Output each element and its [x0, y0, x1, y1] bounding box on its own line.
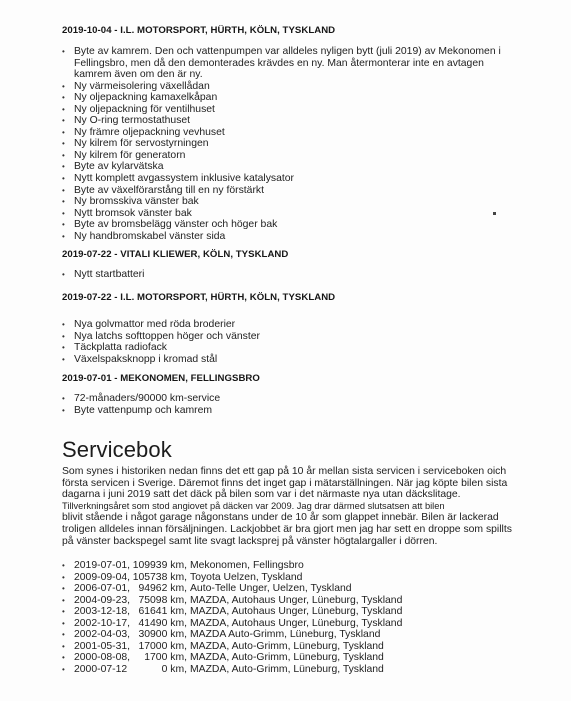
paragraph-line: blivit stående i något garage någonstans…	[62, 512, 532, 524]
service-entry: 2019-07-01,109939 km,Mekonomen, Fellings…	[62, 560, 402, 572]
list-item-text: Ny handbromskabel vänster sida	[74, 231, 501, 243]
list-item-text: Fellingsbro, men då den demonterades krä…	[74, 58, 501, 70]
service-mileage: 105738 km,	[132, 572, 187, 584]
section-heading: 2019-07-22 - VITALI KLIEWER, KÖLN, TYSKL…	[62, 249, 288, 260]
service-date: 2000-07-12	[74, 664, 132, 676]
section-heading: 2019-07-22 - I.L. MOTORSPORT, HÜRTH, KÖL…	[62, 292, 335, 303]
list-item-text: Byte av växelförarstång till en ny först…	[74, 185, 501, 197]
list-item-text: Byte vattenpump och kamrem	[74, 405, 220, 417]
list-item: Ny kilrem för servostyrningen	[62, 138, 501, 150]
service-history-list: 2019-07-01,109939 km,Mekonomen, Fellings…	[62, 560, 402, 675]
service-date: 2019-07-01,	[74, 560, 132, 572]
service-entry: 2000-08-08,1700 km,MAZDA, Auto-Grimm, Lü…	[62, 652, 402, 664]
list-item-text: Ny kilrem för generatorn	[74, 150, 501, 162]
list-item-text: Byte av kylarvätska	[74, 161, 501, 173]
service-place: Toyota Uelzen, Tyskland	[190, 572, 302, 583]
service-mileage: 94962 km,	[132, 583, 187, 595]
list-item-text: kamrem även om den är ny.	[74, 69, 501, 81]
list-item-text: Ny bromsskiva vänster bak	[74, 196, 501, 208]
list-item: Ny värmeisolering växellådan	[62, 81, 501, 93]
paragraph-line: Som synes i historiken nedan finns det e…	[62, 466, 532, 478]
service-mileage: 41490 km,	[132, 618, 187, 630]
list-item-text: Nya latchs softtoppen höger och vänster	[74, 331, 260, 343]
list-item-text: Nytt komplett avgassystem inklusive kata…	[74, 173, 501, 185]
list-item-text: Nytt startbatteri	[74, 269, 144, 281]
list-item-text: Nytt bromsok vänster bak	[74, 208, 501, 220]
section-heading: 2019-07-01 - MEKONOMEN, FELLINGSBRO	[62, 373, 260, 384]
list-item-text: Växelspaksknopp i kromad stål	[74, 354, 260, 366]
list-item-text: Ny värmeisolering växellådan	[74, 81, 501, 93]
service-date: 2004-09-23,	[74, 595, 132, 607]
list-item: Nytt bromsok vänster bak	[62, 208, 501, 220]
servicebok-paragraph: Som synes i historiken nedan finns det e…	[62, 466, 532, 547]
list-item: Nya golvmattor med röda broderier	[62, 319, 260, 331]
paragraph-line: på vänster backspegel samt lite svagt la…	[62, 536, 532, 548]
list-item: Ny kilrem för generatorn	[62, 150, 501, 162]
paragraph-line: dagarna i juni 2019 satt det däck på bil…	[62, 489, 532, 501]
work-list: Byte av kamrem. Den och vattenpumpen var…	[62, 46, 501, 242]
list-item: Ny främre oljepackning vevhuset	[62, 127, 501, 139]
list-item-text: Ny kilrem för servostyrningen	[74, 138, 501, 150]
service-place: MAZDA, Auto-Grimm, Lüneburg, Tyskland	[190, 664, 384, 675]
service-place: MAZDA, Autohaus Unger, Lüneburg, Tysklan…	[190, 606, 402, 617]
service-mileage: 0 km,	[132, 664, 187, 676]
service-mileage: 75098 km,	[132, 595, 187, 607]
service-place: MAZDA, Autohaus Unger, Lüneburg, Tysklan…	[190, 618, 402, 629]
service-entry: 2003-12-18,61641 km,MAZDA, Autohaus Unge…	[62, 606, 402, 618]
service-place: MAZDA Auto-Grimm, Lüneburg, Tyskland	[190, 629, 380, 640]
paragraph-line: första servicen i Sverige. Däremot finns…	[62, 478, 532, 490]
service-mileage: 1700 km,	[132, 652, 187, 664]
servicebok-title: Servicebok	[62, 437, 172, 463]
work-list: 72-månaders/90000 km-serviceByte vattenp…	[62, 393, 220, 416]
service-date: 2006-07-01,	[74, 583, 132, 595]
list-item: Byte av kylarvätska	[62, 161, 501, 173]
service-date: 2001-05-31,	[74, 641, 132, 653]
list-item: Byte vattenpump och kamrem	[62, 405, 220, 417]
service-mileage: 61641 km,	[132, 606, 187, 618]
service-place: MAZDA, Auto-Grimm, Lüneburg, Tyskland	[190, 641, 384, 652]
service-entry: 2002-04-03,30900 km,MAZDA Auto-Grimm, Lü…	[62, 629, 402, 641]
service-place: MAZDA, Auto-Grimm, Lüneburg, Tyskland	[190, 652, 384, 663]
service-date: 2000-08-08,	[74, 652, 132, 664]
list-item: Nytt startbatteri	[62, 269, 144, 281]
document-page: 2019-10-04 - I.L. MOTORSPORT, HÜRTH, KÖL…	[0, 0, 571, 701]
list-item: Ny bromsskiva vänster bak	[62, 196, 501, 208]
paragraph-line: troligen alldeles innan försäljningen. L…	[62, 524, 532, 536]
list-item-text: Ny främre oljepackning vevhuset	[74, 127, 501, 139]
service-mileage: 109939 km,	[132, 560, 187, 572]
service-date: 2002-04-03,	[74, 629, 132, 641]
paragraph-line: Tillverkningsåret som stod angiovet på d…	[62, 501, 532, 513]
list-item: Ny handbromskabel vänster sida	[62, 231, 501, 243]
list-item: Byte av kamrem. Den och vattenpumpen var…	[62, 46, 501, 81]
service-place: Mekonomen, Fellingsbro	[190, 560, 304, 571]
work-list: Nya golvmattor med röda broderierNya lat…	[62, 319, 260, 365]
list-item: Ny O-ring termostathuset	[62, 115, 501, 127]
service-place: Auto-Telle Unger, Uelzen, Tyskland	[190, 583, 352, 594]
list-item-text: Ny O-ring termostathuset	[74, 115, 501, 127]
list-item-text: Täckplatta radiofack	[74, 342, 260, 354]
list-item-text: Byte av bromsbelägg vänster och höger ba…	[74, 219, 501, 231]
service-entry: 2009-09-04,105738 km,Toyota Uelzen, Tysk…	[62, 572, 402, 584]
service-entry: 2001-05-31,17000 km,MAZDA, Auto-Grimm, L…	[62, 641, 402, 653]
list-item-text: Nya golvmattor med röda broderier	[74, 319, 260, 331]
service-entry: 2006-07-01,94962 km,Auto-Telle Unger, Ue…	[62, 583, 402, 595]
list-item: Ny oljepackning kamaxelkåpan	[62, 92, 501, 104]
service-mileage: 30900 km,	[132, 629, 187, 641]
service-entry: 2004-09-23,75098 km,MAZDA, Autohaus Unge…	[62, 595, 402, 607]
section-heading: 2019-10-04 - I.L. MOTORSPORT, HÜRTH, KÖL…	[62, 25, 335, 36]
list-item-text: Ny oljepackning för ventilhuset	[74, 104, 501, 116]
service-place: MAZDA, Autohaus Unger, Lüneburg, Tysklan…	[190, 595, 402, 606]
service-date: 2003-12-18,	[74, 606, 132, 618]
list-item: Byte av bromsbelägg vänster och höger ba…	[62, 219, 501, 231]
scan-speck	[493, 212, 496, 215]
list-item: Byte av växelförarstång till en ny först…	[62, 185, 501, 197]
service-entry: 2002-10-17,41490 km,MAZDA, Autohaus Unge…	[62, 618, 402, 630]
list-item: Nya latchs softtoppen höger och vänster	[62, 331, 260, 343]
service-date: 2002-10-17,	[74, 618, 132, 630]
list-item-text: 72-månaders/90000 km-service	[74, 393, 220, 405]
list-item: Växelspaksknopp i kromad stål	[62, 354, 260, 366]
list-item: Nytt komplett avgassystem inklusive kata…	[62, 173, 501, 185]
list-item-text: Ny oljepackning kamaxelkåpan	[74, 92, 501, 104]
work-list: Nytt startbatteri	[62, 269, 144, 281]
service-date: 2009-09-04,	[74, 572, 132, 584]
service-mileage: 17000 km,	[132, 641, 187, 653]
service-entry: 2000-07-120 km,MAZDA, Auto-Grimm, Lünebu…	[62, 664, 402, 676]
list-item: Ny oljepackning för ventilhuset	[62, 104, 501, 116]
list-item-text: Byte av kamrem. Den och vattenpumpen var…	[74, 46, 501, 58]
list-item: 72-månaders/90000 km-service	[62, 393, 220, 405]
list-item: Täckplatta radiofack	[62, 342, 260, 354]
